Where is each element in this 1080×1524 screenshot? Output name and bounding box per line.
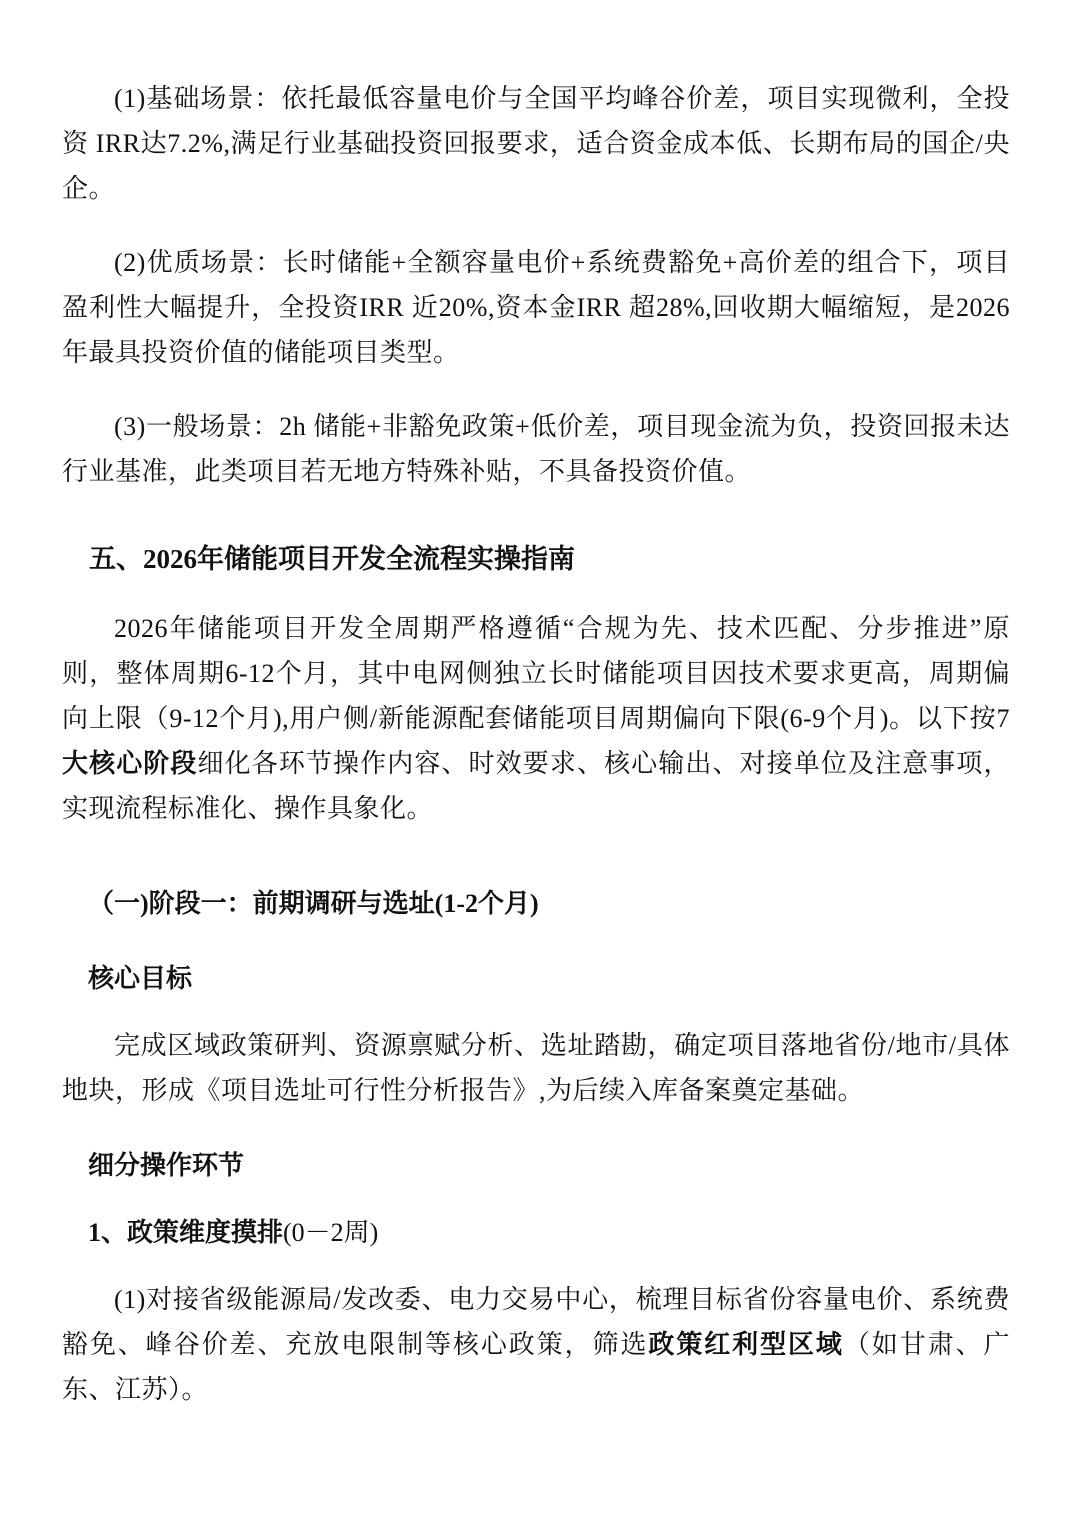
document-page: (1)基础场景：依托最低容量电价与全国平均峰谷价差，项目实现微利，全投资 IRR… [0, 0, 1080, 1524]
step-1-bold-phrase: 政策红利型区域 [648, 1330, 843, 1359]
heading-step-1: 1、政策维度摸排(0－2周) [62, 1210, 1010, 1255]
paragraph-overview: 2026年储能项目开发全周期严格遵循“合规为先、技术匹配、分步推进”原则，整体周… [62, 606, 1010, 831]
step-1-title: 1、政策维度摸排 [88, 1218, 283, 1247]
paragraph-core-goal: 完成区域政策研判、资源禀赋分析、选址踏勘，确定项目落地省份/地市/具体地块，形成… [62, 1023, 1010, 1113]
heading-sub-steps: 细分操作环节 [62, 1143, 1010, 1188]
paragraph-scenario-premium: (2)优质场景：长时储能+全额容量电价+系统费豁免+高价差的组合下，项目盈利性大… [62, 240, 1010, 375]
overview-bold-phrase: 大核心阶段 [62, 749, 198, 778]
heading-section-5: 五、2026年储能项目开发全流程实操指南 [62, 537, 1010, 582]
paragraph-scenario-general: (3)一般场景：2h 储能+非豁免政策+低价差，项目现金流为负，投资回报未达行业… [62, 404, 1010, 494]
overview-text-pre: 2026年储能项目开发全周期严格遵循“合规为先、技术匹配、分步推进”原则，整体周… [62, 614, 1010, 733]
step-1-duration: (0－2周) [283, 1218, 378, 1247]
overview-text-post: 细化各环节操作内容、时效要求、核心输出、对接单位及注意事项，实现流程标准化、操作… [62, 749, 1010, 823]
heading-core-goal: 核心目标 [62, 956, 1010, 1001]
paragraph-scenario-basic: (1)基础场景：依托最低容量电价与全国平均峰谷价差，项目实现微利，全投资 IRR… [62, 76, 1010, 211]
paragraph-step-1: (1)对接省级能源局/发改委、电力交易中心，梳理目标省份容量电价、系统费豁免、峰… [62, 1277, 1010, 1412]
heading-stage-1: （一)阶段一：前期调研与选址(1-2个月) [62, 881, 1010, 926]
